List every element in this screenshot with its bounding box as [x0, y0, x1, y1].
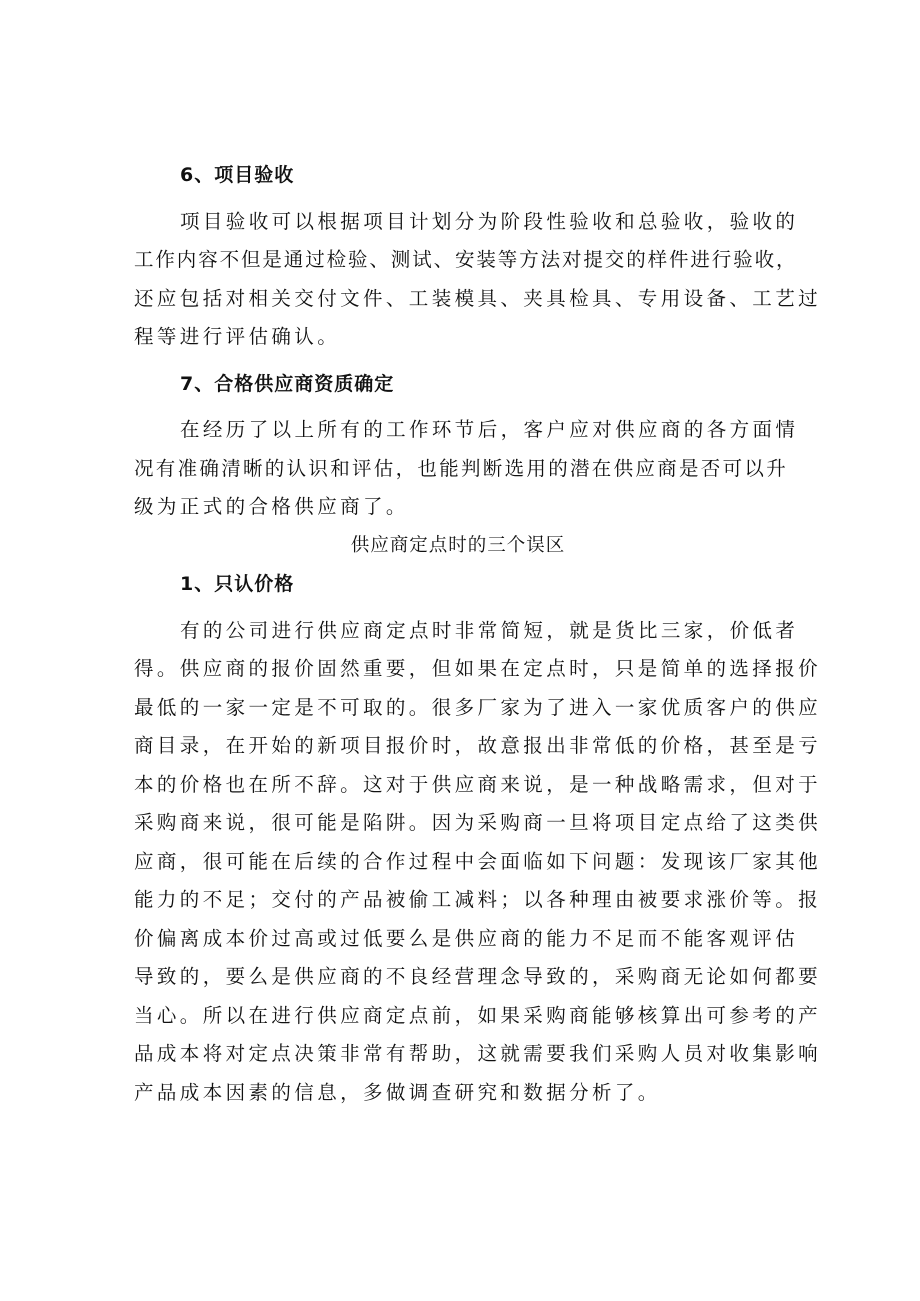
paragraph-line: 应商，很可能在后续的合作过程中会面临如下问题：发现该厂家其他 [134, 843, 782, 882]
paragraph-line: 导致的，要么是供应商的不良经营理念导致的，采购商无论如何都要 [134, 958, 782, 997]
section-heading-6: 6、项目验收 [134, 156, 782, 195]
section-6-paragraph: 项目验收可以根据项目计划分为阶段性验收和总验收，验收的 工作内容不但是通过检验、… [134, 203, 782, 357]
paragraph-line: 当心。所以在进行供应商定点前，如果采购商能够核算出可参考的产 [134, 997, 782, 1036]
paragraph-line: 程等进行评估确认。 [134, 318, 782, 357]
paragraph-line: 级为正式的合格供应商了。 [134, 488, 782, 527]
paragraph-line: 况有准确清晰的认识和评估，也能判断选用的潜在供应商是否可以升 [134, 450, 782, 489]
section-heading-1: 1、只认价格 [134, 565, 782, 604]
section-7-paragraph: 在经历了以上所有的工作环节后，客户应对供应商的各方面情 况有准确清晰的认识和评估… [134, 411, 782, 527]
paragraph-line: 商目录，在开始的新项目报价时，故意报出非常低的价格，甚至是亏 [134, 727, 782, 766]
document-page: 6、项目验收 项目验收可以根据项目计划分为阶段性验收和总验收，验收的 工作内容不… [134, 156, 782, 1112]
paragraph-line: 采购商来说，很可能是陷阱。因为采购商一旦将项目定点给了这类供 [134, 804, 782, 843]
section-heading-7: 7、合格供应商资质确定 [134, 365, 782, 404]
paragraph-line: 得。供应商的报价固然重要，但如果在定点时，只是简单的选择报价 [134, 650, 782, 689]
section-1-paragraph: 有的公司进行供应商定点时非常简短，就是货比三家，价低者 得。供应商的报价固然重要… [134, 612, 782, 1113]
paragraph-line: 价偏离成本价过高或过低要么是供应商的能力不足而不能客观评估 [134, 920, 782, 959]
paragraph-line: 品成本将对定点决策非常有帮助，这就需要我们采购人员对收集影响 [134, 1035, 782, 1074]
subtitle: 供应商定点时的三个误区 [134, 527, 782, 566]
paragraph-line: 在经历了以上所有的工作环节后，客户应对供应商的各方面情 [134, 411, 782, 450]
paragraph-line: 还应包括对相关交付文件、工装模具、夹具检具、专用设备、工艺过 [134, 280, 782, 319]
paragraph-line: 项目验收可以根据项目计划分为阶段性验收和总验收，验收的 [134, 203, 782, 242]
paragraph-line: 最低的一家一定是不可取的。很多厂家为了进入一家优质客户的供应 [134, 689, 782, 728]
paragraph-line: 有的公司进行供应商定点时非常简短，就是货比三家，价低者 [134, 612, 782, 651]
paragraph-line: 能力的不足；交付的产品被偷工减料；以各种理由被要求涨价等。报 [134, 881, 782, 920]
paragraph-line: 工作内容不但是通过检验、测试、安装等方法对提交的样件进行验收， [134, 241, 782, 280]
paragraph-line: 本的价格也在所不辞。这对于供应商来说，是一种战略需求，但对于 [134, 766, 782, 805]
paragraph-line: 产品成本因素的信息，多做调查研究和数据分析了。 [134, 1074, 782, 1113]
